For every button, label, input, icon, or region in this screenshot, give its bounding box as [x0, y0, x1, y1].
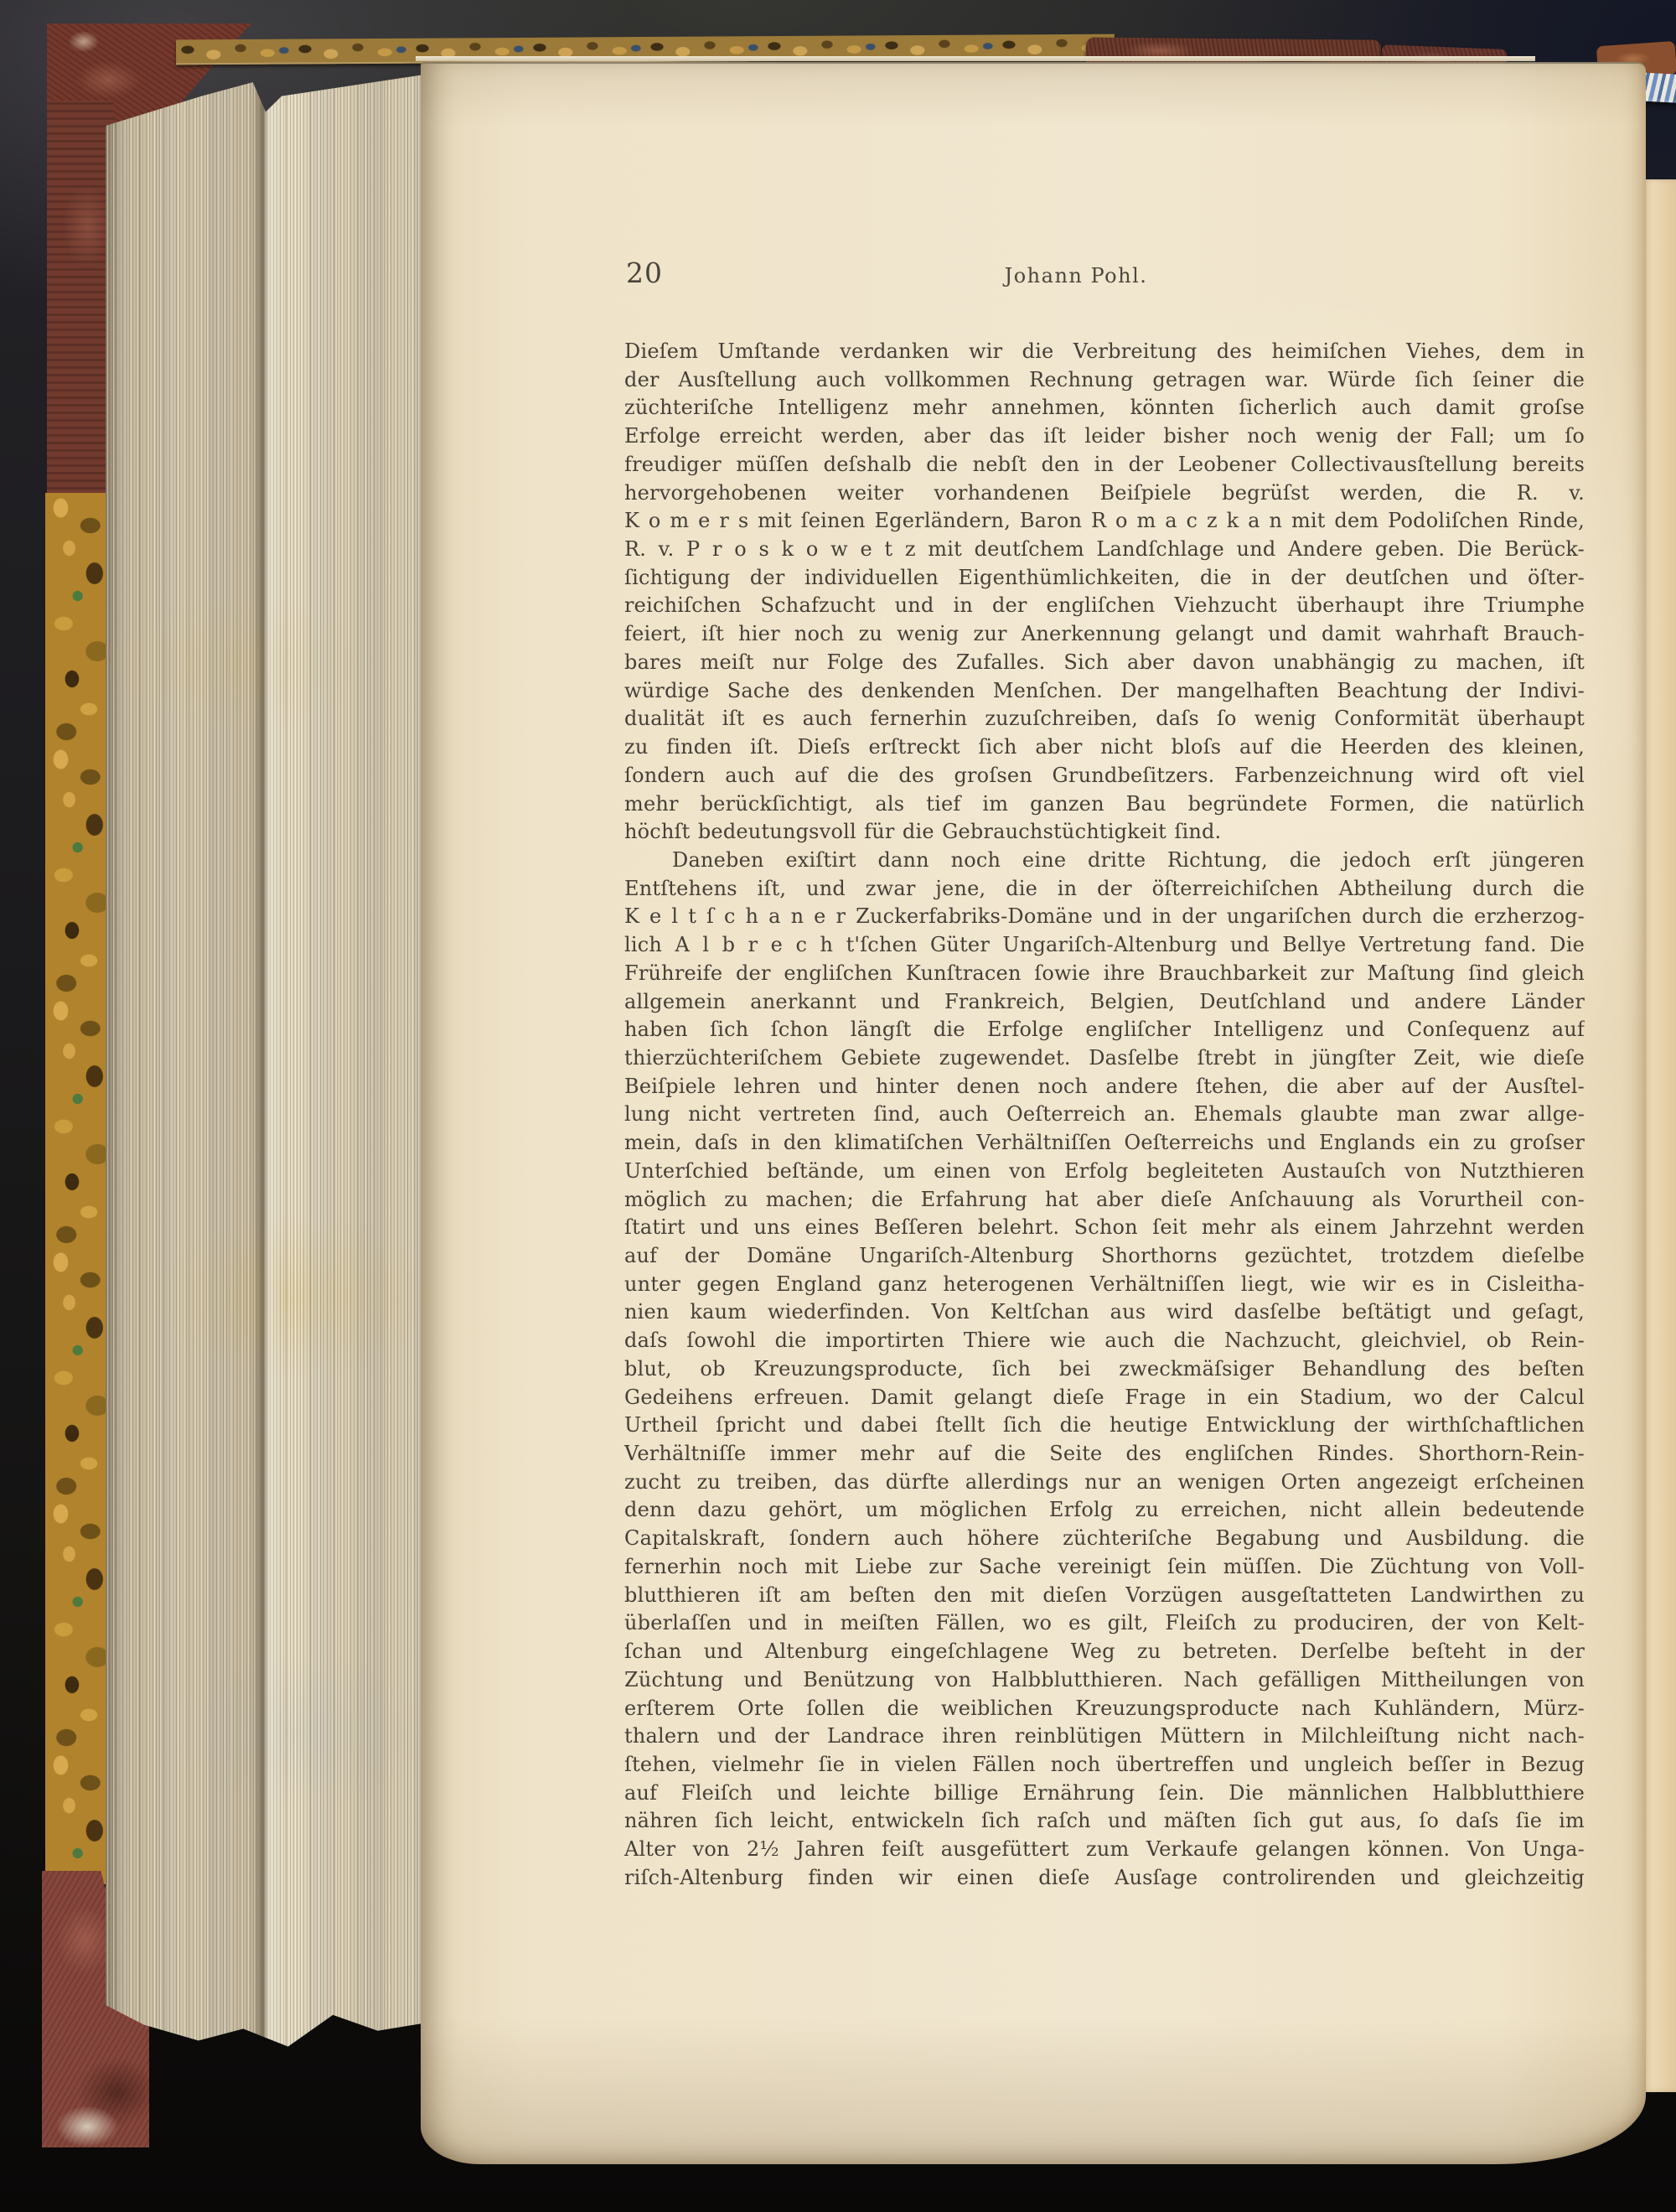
text-line: dualität iſt es auch fernerhin zuzuſchre… — [624, 705, 1585, 733]
text-line: Verhältniſſe immer mehr auf die Seite de… — [624, 1440, 1585, 1469]
text-line: der Ausſtellung auch vollkommen Rechnung… — [624, 366, 1585, 395]
text-line: nähren ſich leicht, entwickeln ſich raſc… — [624, 1807, 1585, 1836]
text-line: Entſtehens iſt, und zwar jene, die in de… — [624, 875, 1585, 904]
body-text: Dieſem Umſtande verdanken wir die Verbre… — [624, 338, 1585, 1893]
text-line: unter gegen England ganz heterogenen Ver… — [624, 1271, 1585, 1299]
text-line: ſtatirt und uns eines Beſſeren belehrt. … — [624, 1214, 1585, 1242]
text-line: Beiſpiele lehren und hinter denen noch a… — [624, 1073, 1585, 1101]
text-line: nien kaum wiederfinden. Von Keltſchan au… — [624, 1298, 1585, 1327]
paragraph: Dieſem Umſtande verdanken wir die Verbre… — [624, 338, 1585, 847]
text-line: freudiger müſſen deſshalb die nebſt den … — [624, 451, 1585, 479]
cover-marbled-paper — [45, 493, 116, 1884]
text-line: erſterem Orte ſollen die weiblichen Kreu… — [624, 1695, 1585, 1723]
text-line: ſtehen, vielmehr ſie in vielen Fällen no… — [624, 1751, 1585, 1779]
text-line: Daneben exiſtirt dann noch eine dritte R… — [624, 847, 1585, 875]
text-line: riſch-Altenburg finden wir einen dieſe A… — [624, 1864, 1585, 1893]
text-line: ſichtigung der individuellen Eigenthümli… — [624, 564, 1585, 593]
printed-text-layer: 20 Johann Pohl. Dieſem Umſtande verdanke… — [624, 256, 1585, 1893]
text-line: denn dazu gehört, um möglichen Erfolg zu… — [624, 1496, 1585, 1525]
cover-corner-scuff — [50, 2102, 124, 2151]
text-line: Frühreife der engliſchen Kunſtracen ſowi… — [624, 960, 1585, 988]
text-line: zucht zu treiben, das dürfte allerdings … — [624, 1469, 1585, 1497]
text-line: lung nicht vertreten ſind, auch Oeſterre… — [624, 1101, 1585, 1129]
text-line: hervorgehobenen weiter vorhandenen Beiſp… — [624, 479, 1585, 508]
text-line: feiert, iſt hier noch zu wenig zur Anerk… — [624, 620, 1585, 649]
text-line: thalern und der Landrace ihren reinblüti… — [624, 1722, 1585, 1751]
text-line: Capitalskraft, ſondern auch höhere zücht… — [624, 1525, 1585, 1553]
text-line: auf der Domäne Ungariſch-Altenburg Short… — [624, 1242, 1585, 1271]
text-line: allgemein anerkannt und Frankreich, Belg… — [624, 988, 1585, 1017]
text-line: mehr berückſichtigt, als tief im ganzen … — [624, 790, 1585, 819]
text-line: mein, daſs in den klimatiſchen Verhältni… — [624, 1129, 1585, 1158]
text-line: reichiſchen Schafzucht und in der engliſ… — [624, 592, 1585, 620]
text-line: ſondern auch auf die des groſsen Grundbe… — [624, 762, 1585, 790]
text-line: haben ſich ſchon längſt die Erfolge engl… — [624, 1016, 1585, 1044]
text-line: ſchan und Altenburg eingeſchlagene Weg z… — [624, 1638, 1585, 1666]
text-line: bares meiſt nur Folge des Zufalles. Sich… — [624, 649, 1585, 677]
text-line: K e l t ſ c h a n e r Zuckerfabriks-Domä… — [624, 903, 1585, 931]
text-line: Unterſchied beſtände, um einen von Erfol… — [624, 1158, 1585, 1186]
text-line: auf Fleiſch und leichte billige Ernährun… — [624, 1779, 1585, 1808]
text-line: höchſt bedeutungsvoll für die Gebrauchst… — [624, 818, 1585, 847]
text-line: Dieſem Umſtande verdanken wir die Verbre… — [624, 338, 1585, 366]
text-line: R. v. P r o s k o w e t z mit deutſchem … — [624, 536, 1585, 564]
photo-background: 20 Johann Pohl. Dieſem Umſtande verdanke… — [0, 0, 1676, 2212]
text-line: blutthieren iſt am beſten den mit dieſen… — [624, 1582, 1585, 1610]
running-header: Johann Pohl. — [596, 262, 1556, 289]
paragraph: Daneben exiſtirt dann noch eine dritte R… — [624, 847, 1585, 1893]
text-line: zu finden iſt. Dieſs erſtreckt ſich aber… — [624, 733, 1585, 762]
page-stack-ridge — [253, 70, 279, 2049]
text-line: thierzüchteriſchem Gebiete zugewendet. D… — [624, 1044, 1585, 1073]
text-line: lich A l b r e c h t'ſchen Güter Ungariſ… — [624, 931, 1585, 960]
page-stack-fore-edge — [106, 70, 426, 2049]
text-line: fernerhin noch mit Liebe zur Sache verei… — [624, 1553, 1585, 1582]
text-line: Züchtung und Benützung von Halbblutthier… — [624, 1666, 1585, 1695]
text-line: Urtheil ſpricht und dabei ſtellt ſich di… — [624, 1412, 1585, 1440]
text-line: möglich zu machen; die Erfahrung hat abe… — [624, 1186, 1585, 1215]
text-line: überlaſſen und in meiſten Fällen, wo es … — [624, 1609, 1585, 1638]
text-line: würdige Sache des denkenden Menſchen. De… — [624, 677, 1585, 706]
text-line: K o m e r s mit ſeinen Egerländern, Baro… — [624, 507, 1585, 536]
page-header: 20 Johann Pohl. — [624, 256, 1585, 293]
text-line: blut, ob Kreuzungsproducte, ſich bei zwe… — [624, 1355, 1585, 1384]
cover-leather-strip — [47, 101, 114, 520]
text-line: daſs ſowohl die importirten Thiere wie a… — [624, 1327, 1585, 1355]
text-line: Erfolge erreicht werden, aber das iſt le… — [624, 422, 1585, 451]
text-line: züchteriſche Intelligenz mehr annehmen, … — [624, 394, 1585, 422]
text-line: Gedeihens erfreuen. Damit gelangt dieſe … — [624, 1384, 1585, 1412]
text-line: Alter von 2½ Jahren feiſt ausgefüttert z… — [624, 1836, 1585, 1864]
